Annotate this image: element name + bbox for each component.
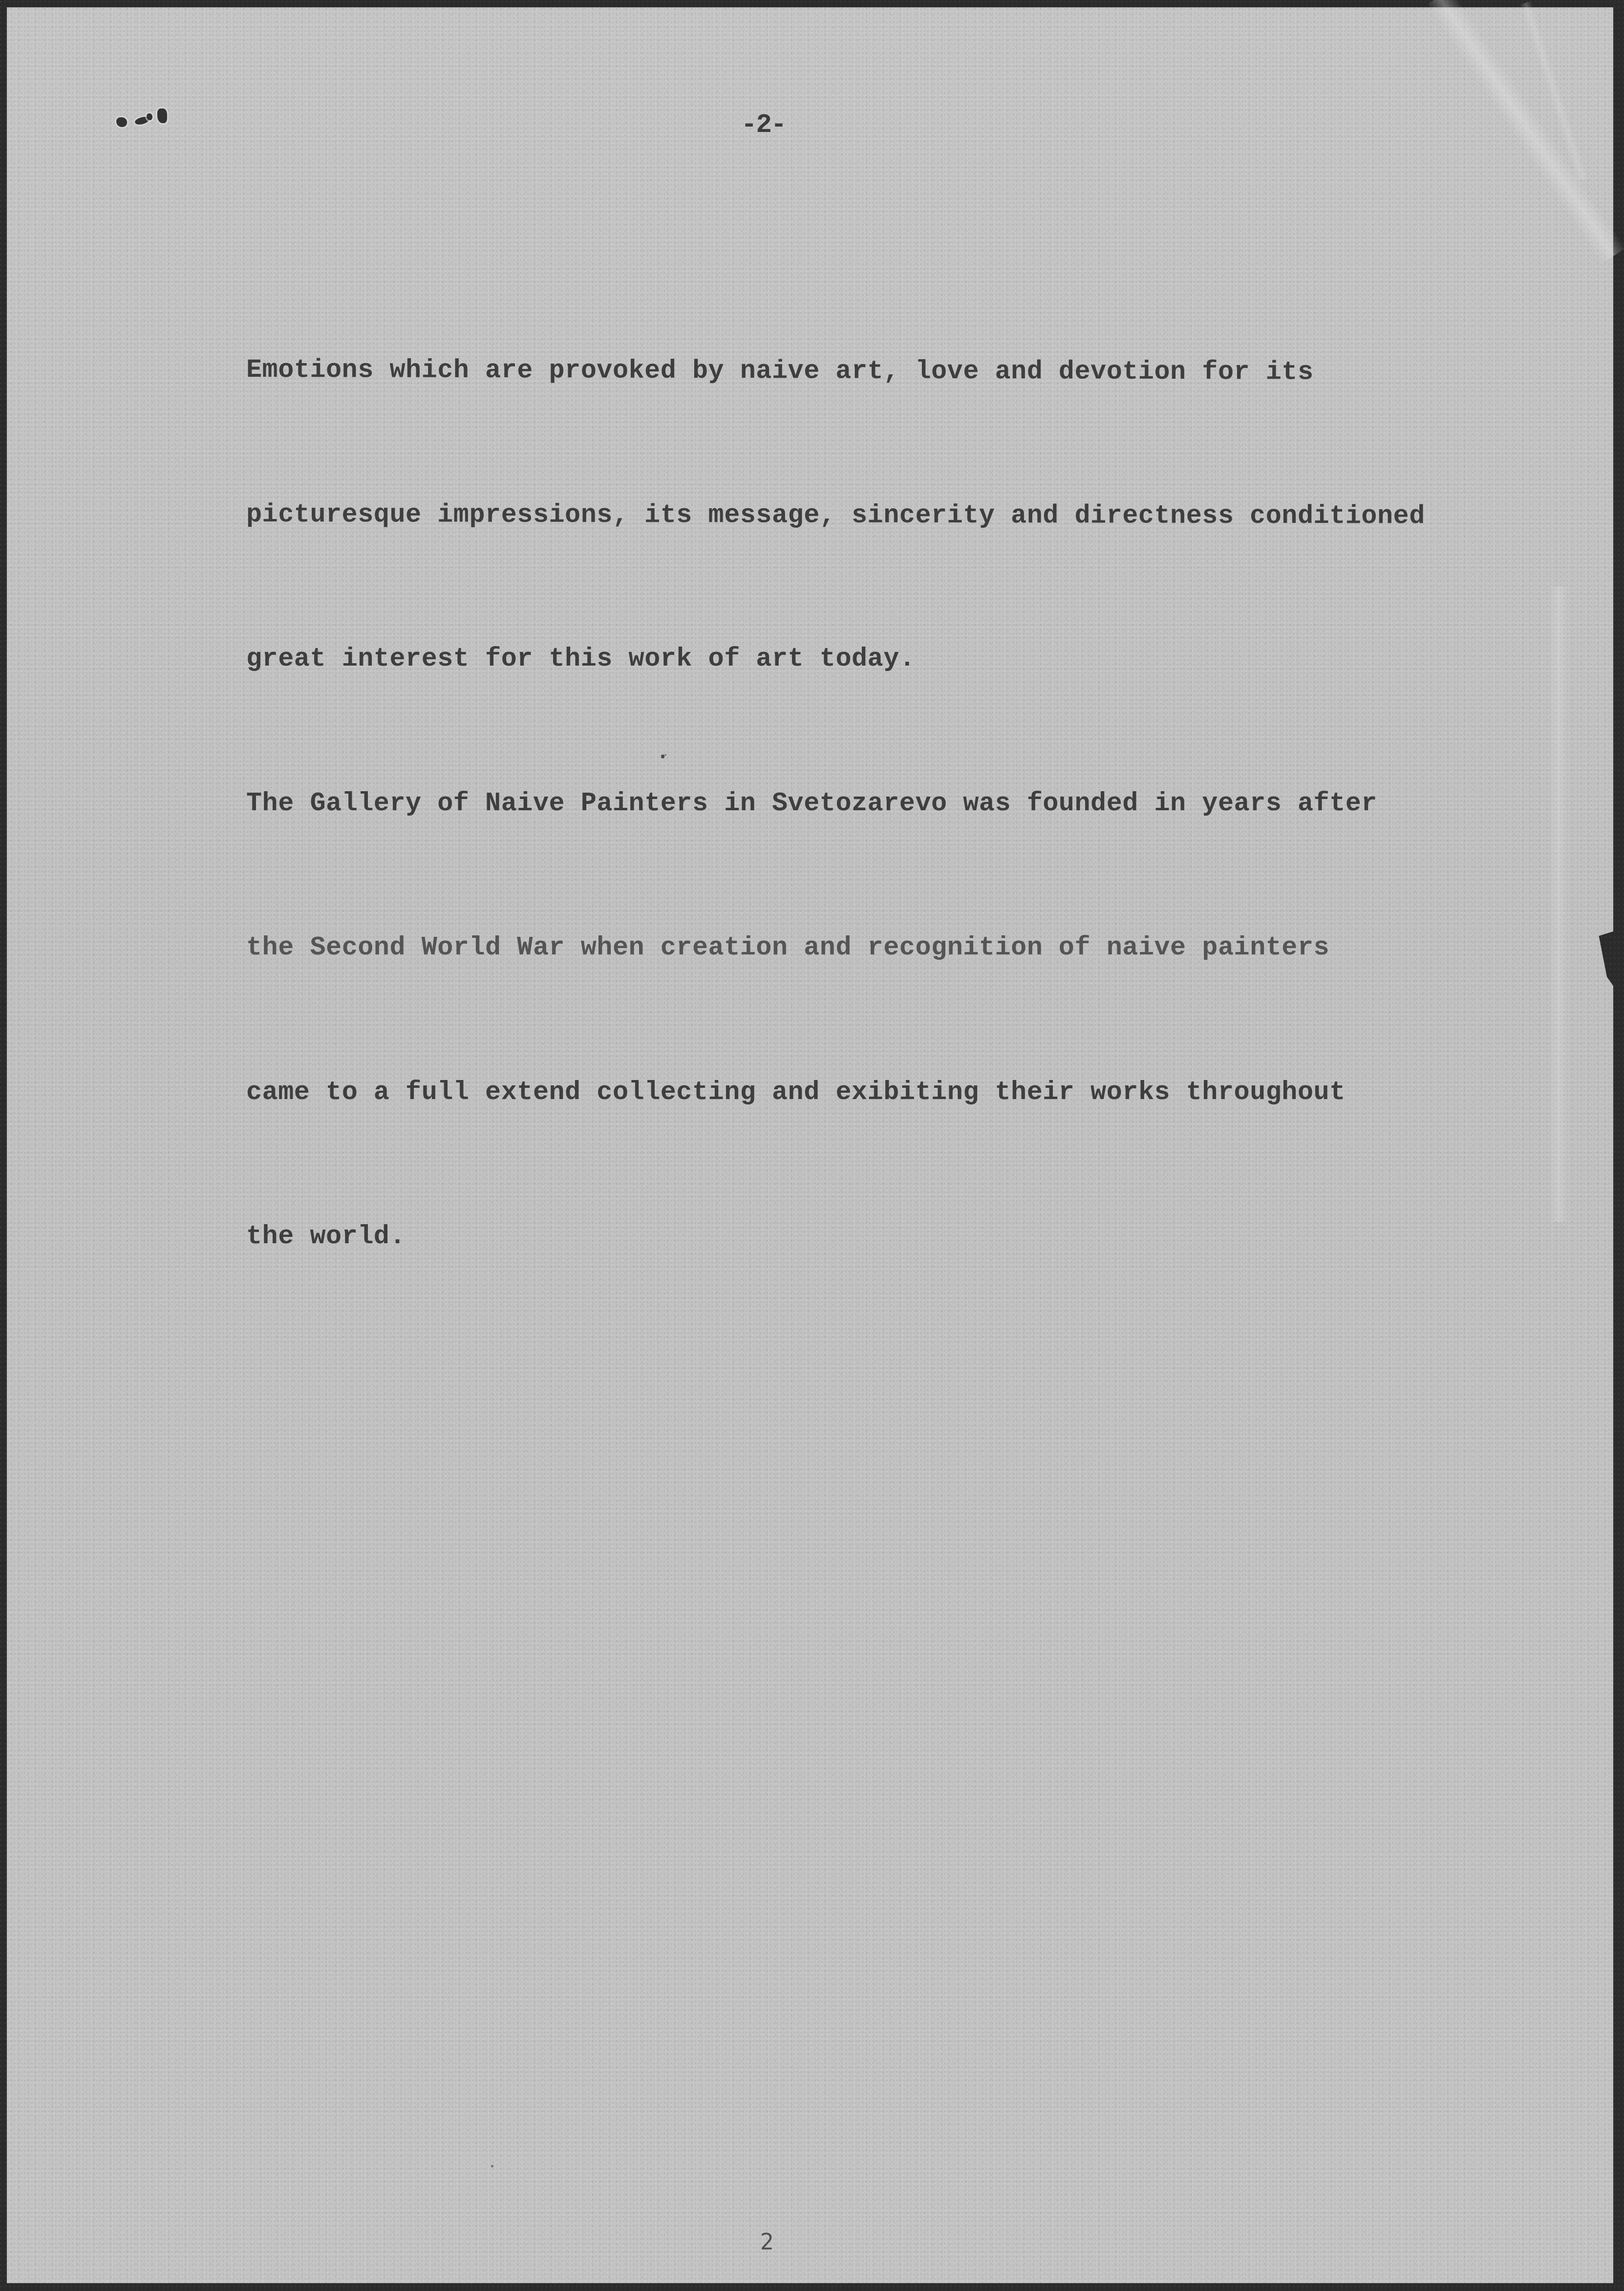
document-body: Emotions which are provoked by naive art… <box>246 250 1595 1309</box>
text-line: the world. <box>246 1213 1595 1261</box>
paper-speck <box>491 2165 493 2167</box>
page-number: -2- <box>741 110 786 140</box>
paper-damage-mark <box>116 108 175 133</box>
handwritten-page-number: 2 <box>760 2229 774 2255</box>
text-line: the Second World War when creation and r… <box>246 924 1595 973</box>
paper-speck <box>664 754 666 756</box>
paper-speck <box>661 755 664 758</box>
text-line: great interest for this work of art toda… <box>246 635 1595 684</box>
text-line: came to a full extend collecting and exi… <box>246 1069 1595 1117</box>
text-line: The Gallery of Naive Painters in Svetoza… <box>246 780 1595 828</box>
text-line: Emotions which are provoked by naive art… <box>246 346 1595 397</box>
text-line: picturesque impressions, its message, si… <box>246 491 1595 541</box>
